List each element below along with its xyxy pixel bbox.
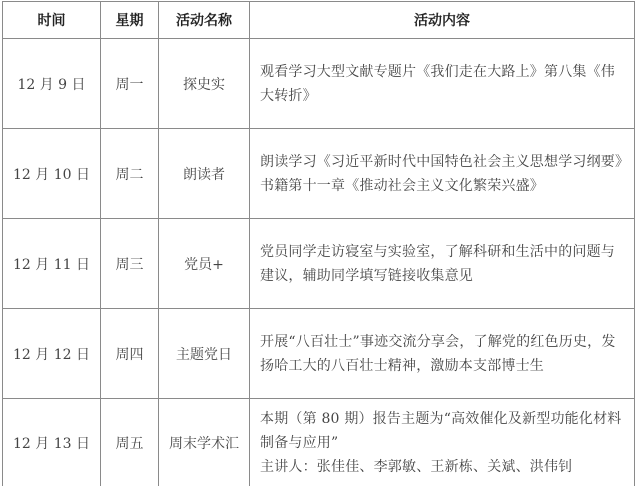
cell-activity-name: 党员+ xyxy=(159,219,250,309)
activity-schedule-table: 时间 星期 活动名称 活动内容 12 月 9 日 周一 探史实 观看学习大型文献… xyxy=(2,1,635,486)
header-date: 时间 xyxy=(3,2,101,39)
cell-activity-content: 观看学习大型文献专题片《我们走在大路上》第八集《伟大转折》 xyxy=(250,39,635,129)
table-row: 12 月 11 日 周三 党员+ 党员同学走访寝室与实验室，了解科研和生活中的问… xyxy=(3,219,635,309)
cell-date: 12 月 11 日 xyxy=(3,219,101,309)
header-activity-name: 活动名称 xyxy=(159,2,250,39)
cell-date: 12 月 9 日 xyxy=(3,39,101,129)
cell-activity-content: 党员同学走访寝室与实验室，了解科研和生活中的问题与建议，辅助同学填写链接收集意见 xyxy=(250,219,635,309)
content-text: 朗读学习《习近平新时代中国特色社会主义思想学习纲要》书籍第十一章《推动社会主义文… xyxy=(260,150,626,198)
cell-date: 12 月 12 日 xyxy=(3,309,101,399)
speakers-text: 主讲人：张佳佳、李郭敏、王新栋、关斌、洪伟钊 xyxy=(260,455,626,479)
cell-activity-name: 探史实 xyxy=(159,39,250,129)
header-weekday: 星期 xyxy=(101,2,159,39)
cell-activity-name: 朗读者 xyxy=(159,129,250,219)
cell-weekday: 周四 xyxy=(101,309,159,399)
cell-activity-name: 周末学术汇 xyxy=(159,399,250,486)
content-text: 本期（第 80 期）报告主题为“高效催化及新型功能化材料制备与应用” xyxy=(260,407,626,455)
cell-date: 12 月 10 日 xyxy=(3,129,101,219)
cell-weekday: 周五 xyxy=(101,399,159,486)
cell-weekday: 周一 xyxy=(101,39,159,129)
cell-activity-content: 开展“八百壮士”事迹交流分享会，了解党的红色历史，发扬哈工大的八百壮士精神，激励… xyxy=(250,309,635,399)
table-row: 12 月 9 日 周一 探史实 观看学习大型文献专题片《我们走在大路上》第八集《… xyxy=(3,39,635,129)
cell-activity-content: 朗读学习《习近平新时代中国特色社会主义思想学习纲要》书籍第十一章《推动社会主义文… xyxy=(250,129,635,219)
content-text: 党员同学走访寝室与实验室，了解科研和生活中的问题与建议，辅助同学填写链接收集意见 xyxy=(260,240,626,288)
table-row: 12 月 12 日 周四 主题党日 开展“八百壮士”事迹交流分享会，了解党的红色… xyxy=(3,309,635,399)
cell-activity-content: 本期（第 80 期）报告主题为“高效催化及新型功能化材料制备与应用” 主讲人：张… xyxy=(250,399,635,486)
cell-date: 12 月 13 日 xyxy=(3,399,101,486)
content-text: 开展“八百壮士”事迹交流分享会，了解党的红色历史，发扬哈工大的八百壮士精神，激励… xyxy=(260,330,626,378)
table-row: 12 月 13 日 周五 周末学术汇 本期（第 80 期）报告主题为“高效催化及… xyxy=(3,399,635,486)
cell-weekday: 周三 xyxy=(101,219,159,309)
table-row: 12 月 10 日 周二 朗读者 朗读学习《习近平新时代中国特色社会主义思想学习… xyxy=(3,129,635,219)
header-activity-content: 活动内容 xyxy=(250,2,635,39)
content-text: 观看学习大型文献专题片《我们走在大路上》第八集《伟大转折》 xyxy=(260,60,626,108)
cell-activity-name: 主题党日 xyxy=(159,309,250,399)
cell-weekday: 周二 xyxy=(101,129,159,219)
table-header-row: 时间 星期 活动名称 活动内容 xyxy=(3,2,635,39)
